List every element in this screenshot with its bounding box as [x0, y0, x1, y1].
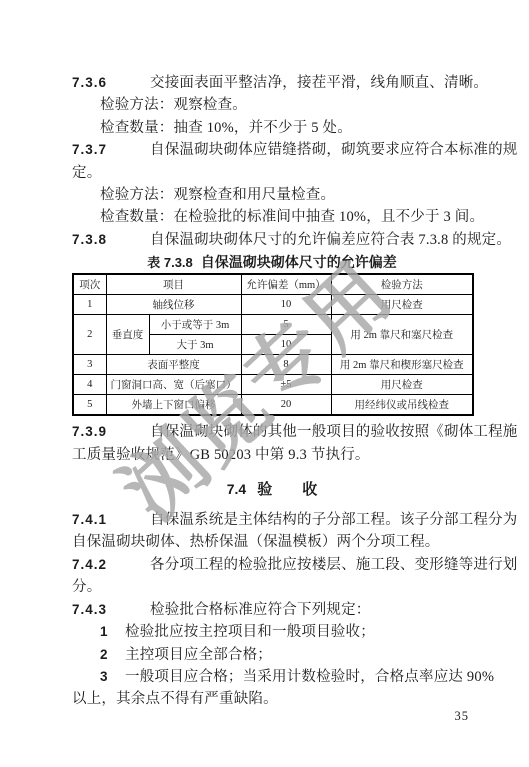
list-item-number: 2: [100, 644, 125, 666]
cell-deviation: 20: [241, 395, 331, 416]
cell-item: 门窗洞口高、宽（后塞口）: [106, 375, 241, 395]
cell-condition: 大于 3m: [149, 335, 241, 355]
clause-7-4-2-cont: 分。: [72, 576, 472, 598]
list-item-3-cont: 以上，其余点不得有严重缺陷。: [72, 688, 472, 710]
list-item-text: 主控项目应全部合格；: [125, 647, 272, 663]
header-deviation: 允许偏差（mm）: [241, 274, 331, 295]
table-caption-title: 自保温砌块砌体尺寸的允许偏差: [201, 256, 397, 271]
cell-method: 用经纬仪或吊线检查: [331, 395, 473, 416]
clause-7-3-9-cont: 工质量验收规范》GB 50203 中第 9.3 节执行。: [72, 444, 472, 466]
table-row: 1 轴线位移 10 用尺检查: [73, 295, 473, 315]
quantity-line: 检查数量：抽查 10%，并不少于 5 处。: [72, 117, 472, 139]
cell-condition: 小于或等于 3m: [149, 315, 241, 335]
cell-deviation: 8: [241, 355, 331, 375]
clause-7-4-1: 7.4.1自保温系统是主体结构的子分部工程。该子分部工程分为: [72, 509, 472, 531]
clause-7-4-3: 7.4.3检验批合格标准应符合下列规定：: [72, 599, 472, 621]
clause-number: 7.3.6: [72, 72, 150, 94]
clause-text: 各分项工程的检验批应按楼层、施工段、变形缝等进行划: [150, 557, 518, 573]
header-index: 项次: [73, 274, 106, 295]
table-caption: 表 7.3.8自保温砌块砌体尺寸的允许偏差: [72, 253, 472, 273]
cell-deviation: 10: [241, 295, 331, 315]
cell-deviation: 5: [241, 315, 331, 335]
cell-method: 用 2m 靠尺和塞尺检查: [331, 315, 473, 355]
section-heading-7-4: 7.4验 收: [72, 478, 472, 500]
list-item-number: 1: [100, 621, 125, 643]
clause-7-3-6: 7.3.6交接面表面平整洁净，接茬平滑，线角顺直、清晰。: [72, 72, 472, 94]
clause-text: 交接面表面平整洁净，接茬平滑，线角顺直、清晰。: [150, 75, 488, 91]
clause-text: 自保温砌块砌体的其他一般项目的验收按照《砌体工程施: [150, 424, 518, 440]
cell-method: 用尺检查: [331, 295, 473, 315]
section-number: 7.4: [227, 481, 246, 497]
table-row: 4 门窗洞口高、宽（后塞口） ±5 用尺检查: [73, 375, 473, 395]
cell-method: 用 2m 靠尺和楔形塞尺检查: [331, 355, 473, 375]
list-item-number: 3: [100, 666, 125, 688]
section-title: 验 收: [257, 482, 317, 498]
header-item: 项目: [106, 274, 241, 295]
list-item-text: 一般项目应合格；当采用计数检验时，合格点率应达 90%: [125, 669, 494, 685]
method-line: 检验方法：观察检查。: [72, 94, 472, 116]
clause-7-3-9: 7.3.9自保温砌块砌体的其他一般项目的验收按照《砌体工程施: [72, 421, 472, 443]
tolerance-table: 项次 项目 允许偏差（mm） 检验方法 1 轴线位移 10 用尺检查 2 垂直度…: [72, 273, 474, 416]
clause-number: 7.3.9: [72, 421, 150, 443]
clause-text: 检验批合格标准应符合下列规定：: [150, 602, 371, 618]
cell-index: 1: [73, 295, 106, 315]
quantity-line: 检查数量：在检验批的标准间中抽查 10%，且不少于 3 间。: [72, 206, 472, 228]
cell-item: 垂直度: [106, 315, 149, 355]
clause-text: 自保温砌块砌体应错缝搭砌，砌筑要求应符合本标准的规: [150, 142, 518, 158]
clause-number: 7.3.7: [72, 139, 150, 161]
cell-index: 2: [73, 315, 106, 355]
clause-7-3-8: 7.3.8自保温砌块砌体尺寸的允许偏差应符合表 7.3.8 的规定。: [72, 229, 472, 251]
document-page: 7.3.6交接面表面平整洁净，接茬平滑，线角顺直、清晰。 检验方法：观察检查。 …: [0, 0, 529, 767]
method-line: 检验方法：观察检查和用尺量检查。: [72, 184, 472, 206]
cell-index: 5: [73, 395, 106, 416]
cell-deviation: ±5: [241, 375, 331, 395]
page-number: 35: [455, 709, 470, 724]
table-row: 5 外墙上下窗口偏移 20 用经纬仪或吊线检查: [73, 395, 473, 416]
clause-7-3-7-cont: 定。: [72, 162, 472, 184]
clause-7-4-2: 7.4.2各分项工程的检验批应按楼层、施工段、变形缝等进行划: [72, 554, 472, 576]
cell-method: 用尺检查: [331, 375, 473, 395]
list-item-text: 检验批应按主控项目和一般项目验收；: [125, 624, 375, 640]
table-row: 2 垂直度 小于或等于 3m 5 用 2m 靠尺和塞尺检查: [73, 315, 473, 335]
clause-text: 自保温系统是主体结构的子分部工程。该子分部工程分为: [150, 512, 518, 528]
clause-number: 7.4.3: [72, 599, 150, 621]
list-item-3: 3一般项目应合格；当采用计数检验时，合格点率应达 90%: [72, 666, 472, 688]
list-item-1: 1检验批应按主控项目和一般项目验收；: [72, 621, 472, 643]
cell-item: 表面平整度: [106, 355, 241, 375]
cell-item: 轴线位移: [106, 295, 241, 315]
clause-number: 7.3.8: [72, 229, 150, 251]
cell-index: 4: [73, 375, 106, 395]
cell-item: 外墙上下窗口偏移: [106, 395, 241, 416]
cell-index: 3: [73, 355, 106, 375]
table-header-row: 项次 项目 允许偏差（mm） 检验方法: [73, 274, 473, 295]
table-row: 3 表面平整度 8 用 2m 靠尺和楔形塞尺检查: [73, 355, 473, 375]
cell-deviation: 10: [241, 335, 331, 355]
text-block: 7.3.6交接面表面平整洁净，接茬平滑，线角顺直、清晰。 检验方法：观察检查。 …: [72, 72, 472, 711]
clause-number: 7.4.1: [72, 509, 150, 531]
clause-text: 自保温砌块砌体尺寸的允许偏差应符合表 7.3.8 的规定。: [150, 232, 511, 248]
clause-7-4-1-cont: 自保温砌块砌体、热桥保温（保温模板）两个分项工程。: [72, 531, 472, 553]
clause-number: 7.4.2: [72, 554, 150, 576]
clause-7-3-7: 7.3.7自保温砌块砌体应错缝搭砌，砌筑要求应符合本标准的规: [72, 139, 472, 161]
list-item-2: 2主控项目应全部合格；: [72, 644, 472, 666]
table-caption-label: 表 7.3.8: [147, 255, 193, 270]
header-method: 检验方法: [331, 274, 473, 295]
